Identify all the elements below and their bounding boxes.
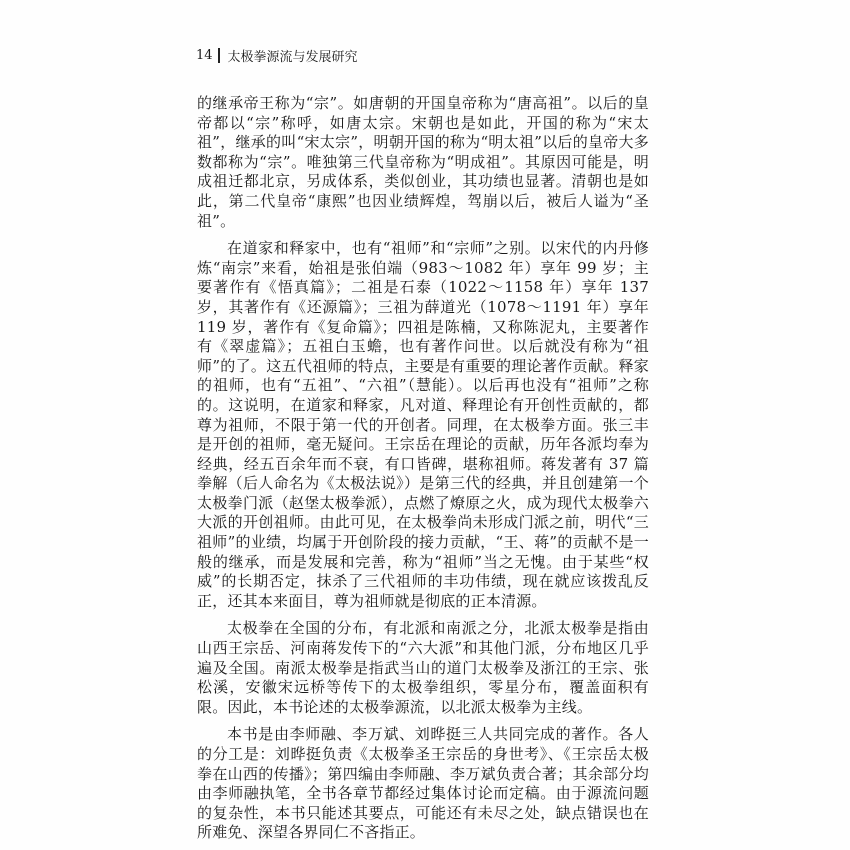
page-number: 14 (196, 48, 213, 63)
paragraph-3: 太极拳在全国的分布，有北派和南派之分，北派太极拳是指由山西王宗岳、河南蒋发传下的… (197, 619, 649, 717)
running-header: 14 太极拳源流与发展研究 (196, 46, 358, 65)
page-body: 的继承帝王称为“宗”。如唐朝的开国皇帝称为“唐高祖”。以后的皇帝都以“宗”称呼，… (197, 94, 649, 850)
header-divider (218, 48, 220, 63)
book-title: 太极拳源流与发展研究 (228, 46, 358, 65)
paragraph-2: 在道家和释家中，也有“祖师”和“宗师”之别。以宋代的内丹修炼“南宗”来看，始祖是… (197, 239, 649, 611)
paragraph-1: 的继承帝王称为“宗”。如唐朝的开国皇帝称为“唐高祖”。以后的皇帝都以“宗”称呼，… (197, 94, 649, 231)
paragraph-4: 本书是由李师融、李万斌、刘晔挺三人共同完成的著作。各人的分工是：刘晔挺负责《太极… (197, 725, 649, 843)
